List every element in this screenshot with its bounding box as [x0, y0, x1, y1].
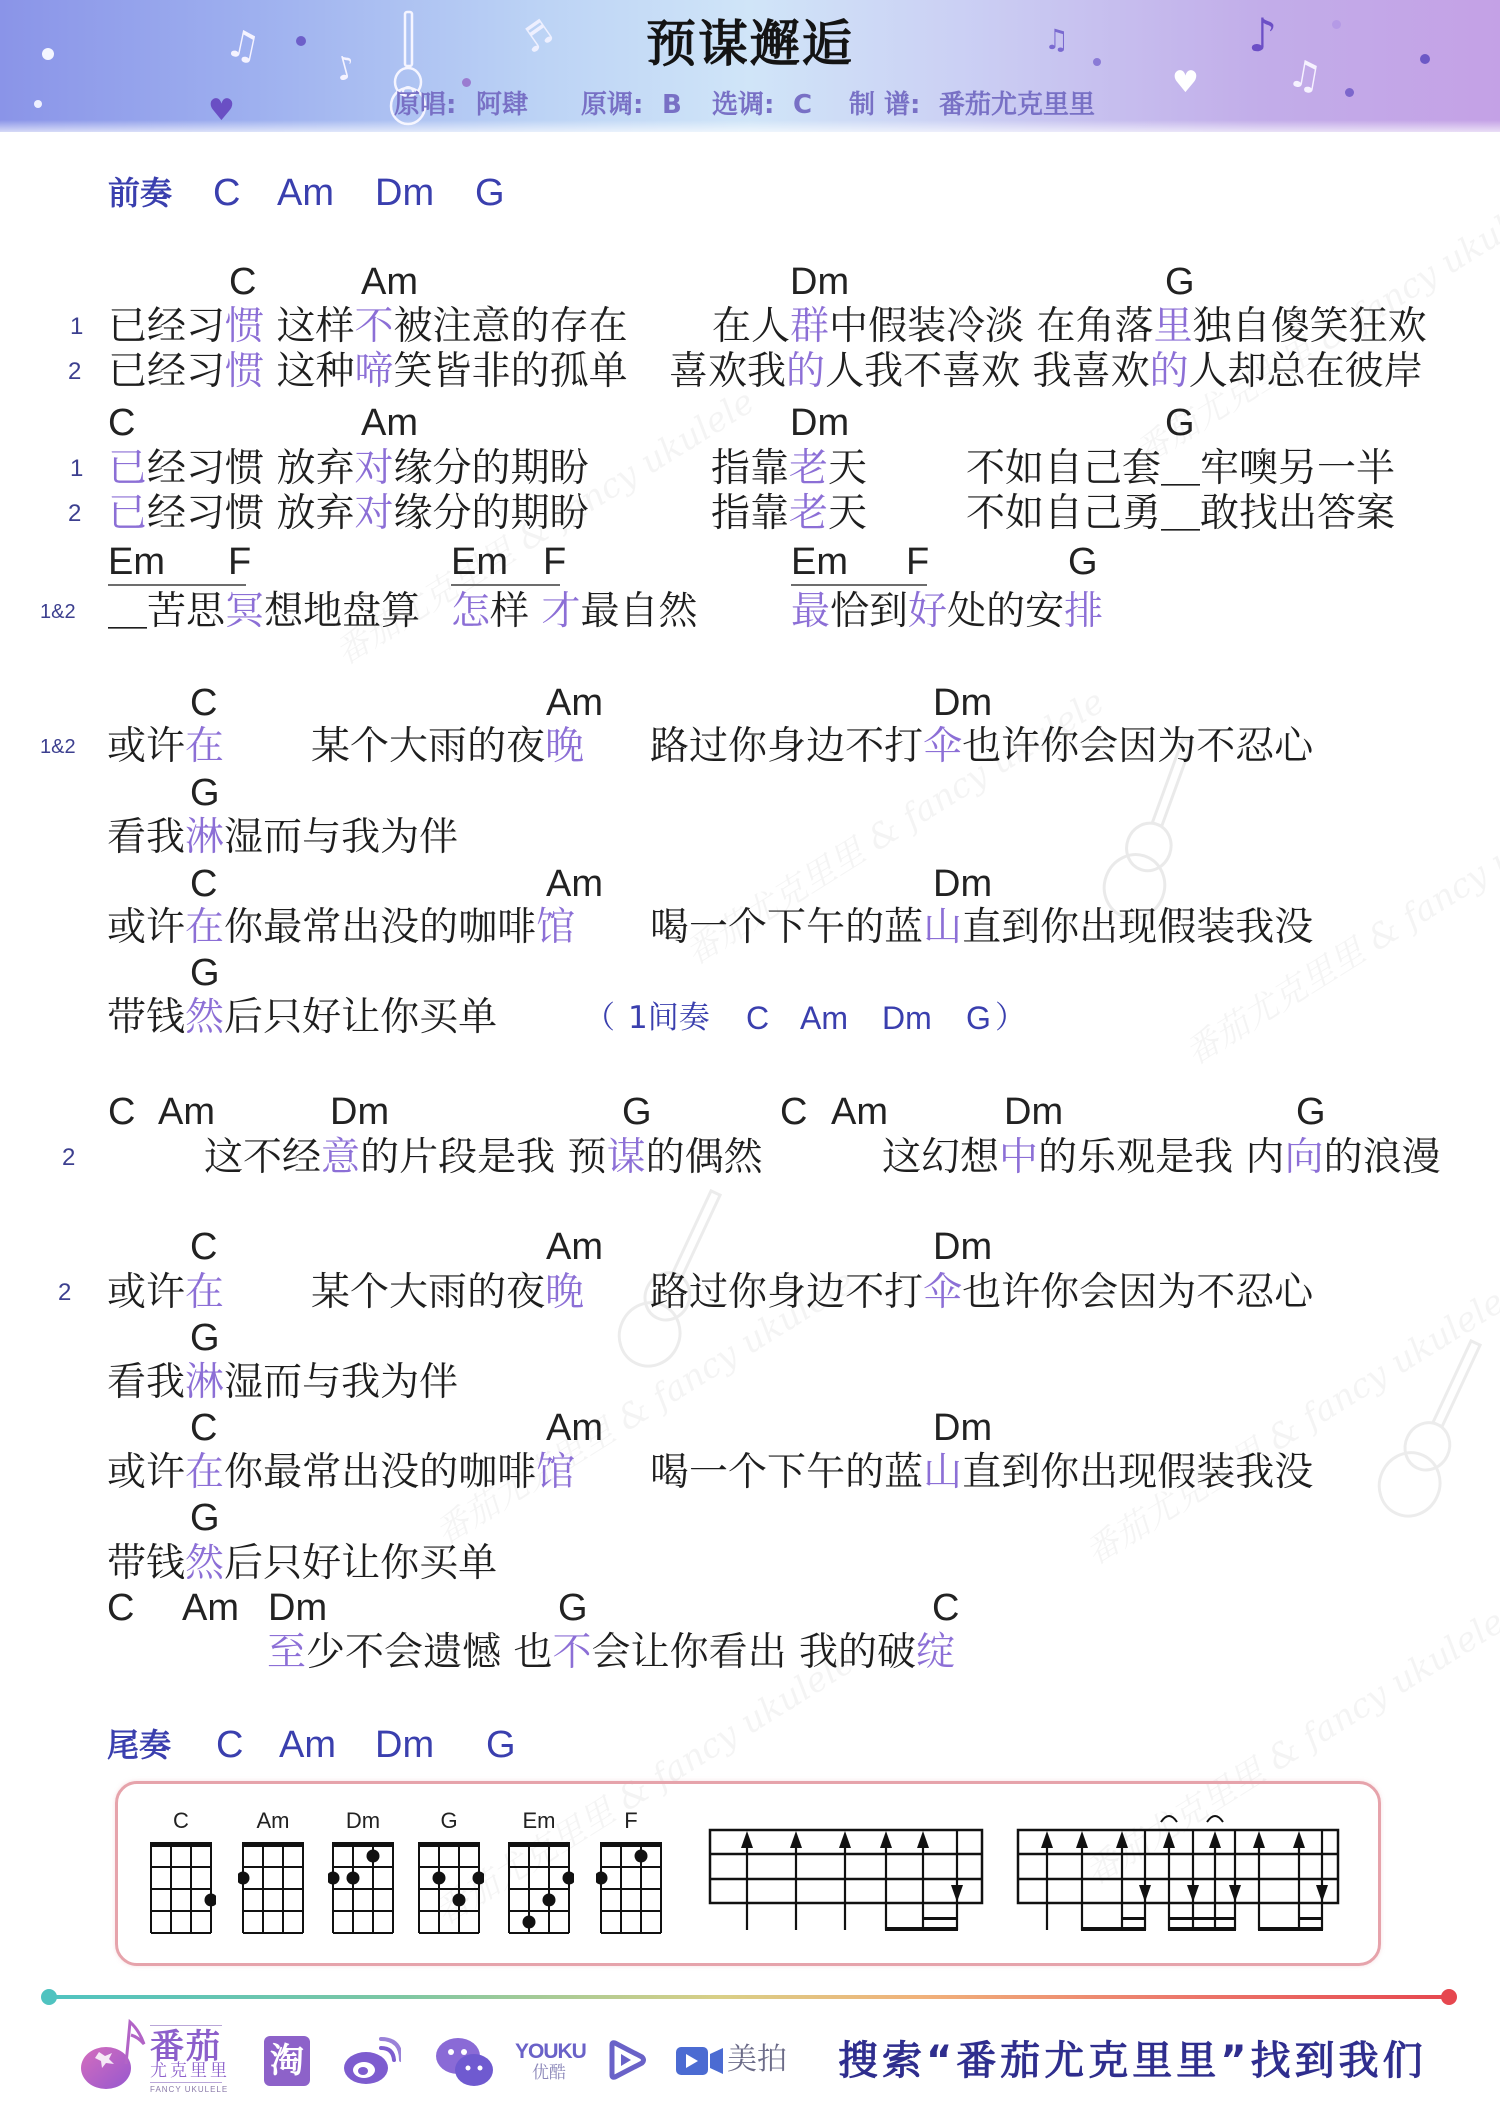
- lyric-segment: 这幻想中的乐观是我 内向的浪漫: [882, 1136, 1441, 1180]
- line-number: 1&2: [40, 725, 76, 769]
- lyric-segment: 已经习惯 放弃对缘分的期盼: [108, 492, 589, 536]
- dot-decoration: [34, 100, 42, 108]
- strum-patterns: [690, 1805, 1360, 1945]
- highlight-char: 排: [1064, 589, 1103, 634]
- chord: G: [1068, 540, 1098, 584]
- highlight-char: 啼: [355, 349, 394, 394]
- chord: Dm: [790, 260, 849, 304]
- chord: G: [475, 171, 505, 215]
- tie-mark: [1207, 1816, 1223, 1822]
- dot-decoration: [462, 78, 471, 87]
- lyric-segment: 或许在: [107, 1271, 224, 1315]
- chord: C: [190, 1406, 217, 1450]
- chord: Dm: [933, 862, 992, 906]
- lyric-segment: 指靠老天: [711, 492, 867, 536]
- lyric-segment: 某个大雨的夜晚: [311, 725, 584, 769]
- chord: F: [228, 540, 251, 584]
- dot-decoration: [1345, 88, 1354, 97]
- lyric-segment: 看我淋湿而与我为伴: [107, 1361, 458, 1405]
- strum-up-arrow: [790, 1831, 802, 1848]
- lyric-segment: 怎样 才最自然: [451, 590, 698, 634]
- strum-up-arrow: [1163, 1831, 1175, 1848]
- highlight-char: 在: [185, 1270, 224, 1315]
- highlight-char: 最: [791, 589, 830, 634]
- chord: Dm: [1004, 1090, 1063, 1134]
- chord: Am: [546, 1225, 603, 1269]
- lyric-segment: 看我淋湿而与我为伴: [107, 816, 458, 860]
- underlined-chord-group: Em F: [451, 540, 560, 586]
- highlight-char: 向: [1285, 1135, 1324, 1180]
- chord-diagram-label: Dm: [323, 1808, 403, 1834]
- line-number: 2: [68, 492, 81, 536]
- chord: Dm: [933, 1225, 992, 1269]
- lyric-segment: 在人群中假装冷淡 在角落里独自傻笑狂欢: [712, 305, 1427, 349]
- highlight-char: 不: [355, 304, 394, 349]
- strum-up-arrow: [839, 1831, 851, 1848]
- chord: Am: [546, 862, 603, 906]
- highlight-char: 至: [267, 1630, 306, 1675]
- lyric-segment: 不如自己套＿牢噢另一半: [966, 447, 1395, 491]
- title-banner: ♫ ♪ ♬ ♥ ♫ ♪ ♥ ♫ 预谋邂逅 原唱: 阿肆 原调: B 选调: C …: [0, 0, 1500, 132]
- youku-logo: YOUKU: [515, 2041, 586, 2063]
- highlight-char: 中: [999, 1135, 1038, 1180]
- search-call-to-action: 搜索“番茄尤克里里”找到我们: [838, 2037, 1427, 2085]
- lyric-segment: 已经习惯 这种啼笑皆非的孤单: [108, 350, 628, 394]
- lyric-segment: 喝一个下午的蓝山直到你出现假装我没: [650, 1451, 1313, 1495]
- chord: C: [108, 401, 135, 445]
- selected-key-value: C: [793, 88, 812, 122]
- highlight-char: 谋: [607, 1135, 646, 1180]
- strum-up-arrow: [741, 1831, 753, 1848]
- weibo-icon: [341, 2036, 401, 2088]
- highlight-char: 群: [790, 304, 829, 349]
- chord: Em: [451, 540, 508, 584]
- strum-down-arrow: [1316, 1885, 1328, 1902]
- lyric-segment: 某个大雨的夜晚: [311, 1271, 584, 1315]
- lyric-segment: 至少不会遗憾 也不会让你看出 我的破绽: [267, 1631, 955, 1675]
- chord: C: [780, 1090, 807, 1134]
- highlight-char: 老: [789, 446, 828, 491]
- lyric-segment: ＿苦思冥想地盘算: [108, 590, 420, 634]
- paren-open: （: [584, 996, 615, 1040]
- meipai-icon: [676, 2046, 724, 2076]
- chord-diagram-label: F: [591, 1808, 671, 1834]
- finger-dot: [453, 1894, 466, 1907]
- singer-value: 阿肆: [476, 88, 528, 122]
- finger-dot: [205, 1894, 217, 1907]
- chord: C: [107, 1586, 134, 1630]
- strum-up-arrow: [917, 1831, 929, 1848]
- wechat-icon: [434, 2034, 496, 2090]
- chord: G: [966, 996, 991, 1040]
- highlight-char: 在: [185, 905, 224, 950]
- line-number: 2: [62, 1136, 75, 1180]
- chord-diagram-g: [414, 1841, 484, 1937]
- chord: Am: [158, 1090, 215, 1134]
- highlight-char: 绽: [916, 1630, 955, 1675]
- chord: Dm: [375, 171, 434, 215]
- strum-up-arrow: [1076, 1831, 1088, 1848]
- chord: Dm: [330, 1090, 389, 1134]
- chord: C: [190, 681, 217, 725]
- taobao-icon: 淘: [264, 2036, 310, 2086]
- chord: Am: [546, 1406, 603, 1450]
- finger-dot: [596, 1872, 608, 1885]
- chord: Am: [361, 260, 418, 304]
- intro-label: 前奏: [108, 171, 172, 215]
- original-key-value: B: [662, 88, 682, 122]
- heart-icon: ♥: [208, 96, 235, 126]
- chord-diagram-f: [596, 1841, 666, 1937]
- chord-diagram-label: C: [141, 1808, 221, 1834]
- brand-logo-icon: [78, 2018, 150, 2092]
- finger-dot: [635, 1850, 648, 1863]
- highlight-char: 里: [1154, 304, 1193, 349]
- tie-mark: [1161, 1816, 1177, 1822]
- highlight-char: 惯: [225, 304, 264, 349]
- chord-diagram-dm: [328, 1841, 398, 1937]
- lyric-segment: 不如自己勇＿敢找出答案: [966, 492, 1395, 536]
- chord-diagram-em: [504, 1841, 574, 1937]
- highlight-char: 的: [1150, 349, 1189, 394]
- highlight-char: 好: [908, 589, 947, 634]
- lyric-segment: 喜欢我的人我不喜欢 我喜欢的人却总在彼岸: [669, 350, 1423, 394]
- highlight-char: 山: [923, 1450, 962, 1495]
- lyric-segment: 路过你身边不打伞也许你会因为不忍心: [650, 1271, 1313, 1315]
- highlight-char: 在: [185, 724, 224, 769]
- song-title: 预谋邂逅: [0, 14, 1500, 74]
- chord: C: [746, 996, 769, 1040]
- chord: G: [190, 1316, 220, 1360]
- brand-english: FANCY UKULELE: [150, 2085, 228, 2095]
- video-play-icon: [604, 2040, 648, 2080]
- highlight-char: 山: [923, 905, 962, 950]
- strum-up-arrow: [1293, 1831, 1305, 1848]
- selected-key-label: 选调:: [712, 88, 774, 122]
- chord: C: [216, 1723, 243, 1767]
- lyric-segment: 或许在你最常出没的咖啡馆: [107, 906, 575, 950]
- finger-dot: [433, 1872, 446, 1885]
- line-number: 1: [70, 447, 83, 491]
- chord-diagram-am: [238, 1841, 308, 1937]
- meipai-label: 美拍: [727, 2043, 787, 2077]
- chord: C: [229, 260, 256, 304]
- finger-dot: [238, 1872, 250, 1885]
- strum-down-arrow: [1187, 1885, 1199, 1902]
- chord: Am: [546, 681, 603, 725]
- highlight-char: 在: [185, 1450, 224, 1495]
- chord: Am: [182, 1586, 239, 1630]
- arranger-value: 番茄尤克里里: [939, 88, 1095, 122]
- strum-up-arrow: [1041, 1831, 1053, 1848]
- strum-down-arrow: [1139, 1885, 1151, 1902]
- lyric-segment: 指靠老天: [711, 447, 867, 491]
- highlight-char: 已: [108, 491, 147, 536]
- highlight-char: 对: [355, 491, 394, 536]
- highlight-char: 馆: [536, 1450, 575, 1495]
- chord: F: [906, 540, 929, 584]
- highlight-char: 不: [553, 1630, 592, 1675]
- finger-dot: [473, 1872, 485, 1885]
- strum-down-arrow: [1229, 1885, 1241, 1902]
- chord: Dm: [790, 401, 849, 445]
- highlight-char: 伞: [923, 724, 962, 769]
- chord: Dm: [933, 1406, 992, 1450]
- chord-diagram-label: Am: [233, 1808, 313, 1834]
- finger-dot: [328, 1872, 340, 1885]
- chord: C: [932, 1586, 959, 1630]
- chord: C: [190, 862, 217, 906]
- highlight-char: 晚: [545, 724, 584, 769]
- lyric-segment: 带钱然后只好让你买单: [107, 1542, 497, 1586]
- chord-diagram-label: G: [409, 1808, 489, 1834]
- line-number: 1: [70, 305, 83, 349]
- highlight-char: 怎: [451, 589, 490, 634]
- chord: Dm: [268, 1586, 327, 1630]
- lyric-segment: 已经习惯 放弃对缘分的期盼: [108, 447, 589, 491]
- highlight-char: 已: [108, 446, 147, 491]
- divider-end-dot: [1441, 1989, 1457, 2005]
- chord: Dm: [375, 1723, 434, 1767]
- highlight-char: 冥: [225, 589, 264, 634]
- highlight-char: 淋: [185, 815, 224, 860]
- chord: G: [1165, 401, 1195, 445]
- lyric-segment: 这不经意的片段是我 预谋的偶然: [204, 1136, 763, 1180]
- highlight-char: 老: [789, 491, 828, 536]
- strum-pattern-2: [1018, 1816, 1338, 1931]
- lyric-segment: 带钱然后只好让你买单: [107, 996, 497, 1040]
- brand-name: 番茄: [150, 2029, 222, 2065]
- chord: Em: [791, 540, 848, 584]
- highlight-char: 然: [185, 995, 224, 1040]
- highlight-char: 淋: [185, 1360, 224, 1405]
- chord: F: [543, 540, 566, 584]
- brand-rule-bottom: [150, 2082, 222, 2083]
- chord: Am: [361, 401, 418, 445]
- highlight-char: 馆: [536, 905, 575, 950]
- highlight-char: 晚: [545, 1270, 584, 1315]
- highlight-char: 惯: [225, 349, 264, 394]
- chord: G: [558, 1586, 588, 1630]
- chord-diagram-c: [146, 1841, 216, 1937]
- highlight-char: 意: [321, 1135, 360, 1180]
- highlight-char: 伞: [923, 1270, 962, 1315]
- chord: G: [1296, 1090, 1326, 1134]
- chord: Am: [277, 171, 334, 215]
- line-number: 2: [68, 350, 81, 394]
- finger-dot: [367, 1850, 380, 1863]
- strum-up-arrow: [880, 1831, 892, 1848]
- gradient-divider: [49, 1995, 1449, 1999]
- chord: Am: [279, 1723, 336, 1767]
- interlude-label: 1间奏: [628, 996, 710, 1040]
- line-number: 1&2: [40, 590, 76, 634]
- chord: G: [1165, 260, 1195, 304]
- lyric-segment: 或许在: [107, 725, 224, 769]
- chord: G: [190, 951, 220, 995]
- finger-dot: [563, 1872, 575, 1885]
- underlined-chord-group: Em F: [791, 540, 927, 586]
- chord: Am: [831, 1090, 888, 1134]
- chord: G: [622, 1090, 652, 1134]
- strum-up-arrow: [1253, 1831, 1265, 1848]
- lyric-segment: 已经习惯 这样不被注意的存在: [108, 305, 628, 349]
- original-key-label: 原调:: [581, 88, 643, 122]
- chord: G: [190, 771, 220, 815]
- highlight-char: 才: [541, 589, 580, 634]
- paren-close: ）: [995, 996, 1026, 1040]
- strum-up-arrow: [1116, 1831, 1128, 1848]
- lyric-segment: 最恰到好处的安排: [791, 590, 1103, 634]
- brand-subname: 尤克里里: [150, 2062, 230, 2080]
- chord: Am: [800, 996, 848, 1040]
- youku-label: 优酷: [532, 2064, 566, 2082]
- brand-rule-top: [150, 2025, 222, 2026]
- highlight-char: 的: [786, 349, 825, 394]
- underlined-chord-group: Em F: [108, 540, 246, 586]
- chord: Em: [108, 540, 165, 584]
- strum-pattern-1: [710, 1830, 982, 1931]
- strum-up-arrow: [1209, 1831, 1221, 1848]
- lyric-segment: 路过你身边不打伞也许你会因为不忍心: [650, 725, 1313, 769]
- divider-start-dot: [41, 1989, 57, 2005]
- singer-label: 原唱:: [394, 88, 456, 122]
- chord: Dm: [882, 996, 932, 1040]
- highlight-char: 对: [355, 446, 394, 491]
- chord: G: [486, 1723, 516, 1767]
- chord: Dm: [933, 681, 992, 725]
- chord: G: [190, 1496, 220, 1540]
- line-number: 2: [58, 1271, 71, 1315]
- strum-down-arrow: [951, 1885, 963, 1902]
- finger-dot: [523, 1916, 536, 1929]
- lyric-segment: 喝一个下午的蓝山直到你出现假装我没: [650, 906, 1313, 950]
- outro-label: 尾奏: [107, 1723, 171, 1767]
- arranger-label: 制 谱:: [849, 88, 920, 122]
- chord: C: [108, 1090, 135, 1134]
- finger-dot: [543, 1894, 556, 1907]
- lyric-segment: 或许在你最常出没的咖啡馆: [107, 1451, 575, 1495]
- chord-diagram-label: Em: [499, 1808, 579, 1834]
- highlight-char: 然: [185, 1541, 224, 1586]
- chord: C: [213, 171, 240, 215]
- finger-dot: [347, 1872, 360, 1885]
- chord: C: [190, 1225, 217, 1269]
